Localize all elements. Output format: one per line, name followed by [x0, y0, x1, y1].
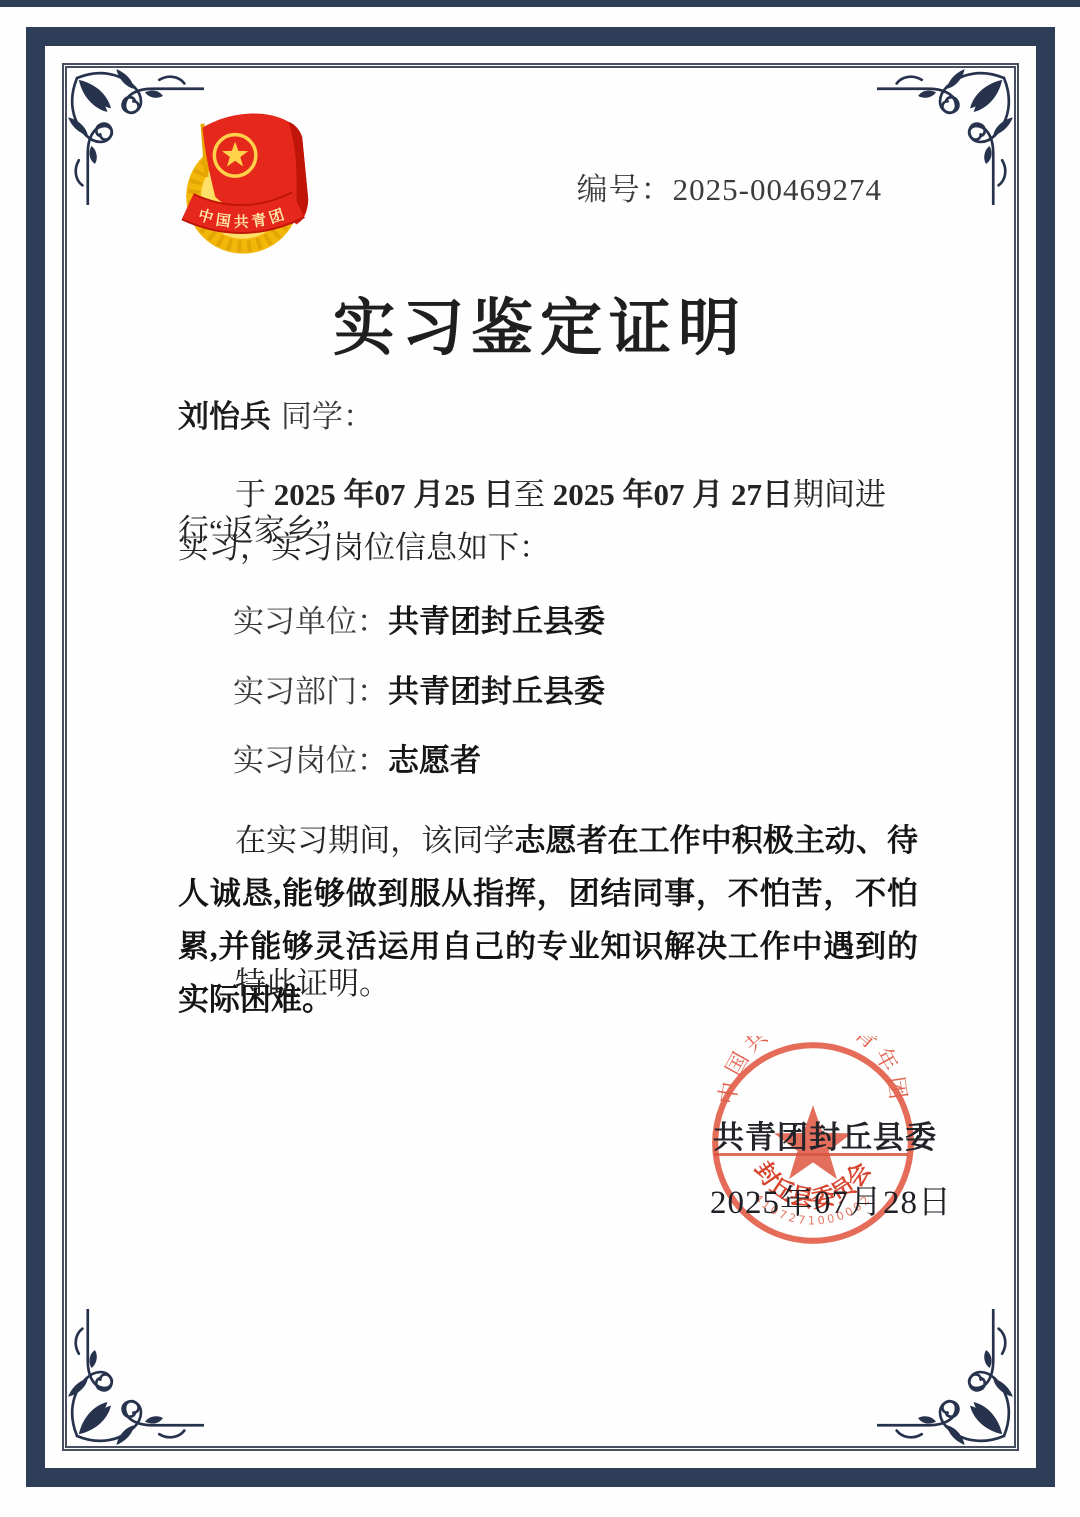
signature-organization: 共青团封丘县委: [713, 1112, 937, 1157]
recipient-name: 刘怡兵: [178, 399, 271, 434]
page-title: 实习鉴定证明: [0, 278, 1080, 367]
field-unit-value: 共青团封丘县委: [388, 604, 605, 639]
field-department-label: 实习部门：: [233, 674, 388, 709]
serial-number: 编号：2025-00469274: [577, 164, 882, 209]
corner-flourish-bottom-left: [52, 1309, 204, 1461]
intro-date-start: 2025 年07 月25 日: [274, 477, 514, 512]
field-position: 实习岗位：志愿者: [233, 743, 481, 779]
field-unit-label: 实习单位：: [233, 604, 388, 639]
field-position-value: 志愿者: [388, 743, 481, 778]
corner-flourish-top-right: [877, 53, 1029, 205]
corner-flourish-bottom-right: [877, 1309, 1029, 1461]
field-position-label: 实习岗位：: [233, 743, 388, 778]
youth-league-emblem-icon: 中国共青团: [156, 104, 328, 262]
recipient-suffix: 同学：: [281, 399, 374, 434]
intro-date-end: 2025 年07 月 27日: [553, 477, 793, 512]
signature-underline: [714, 1153, 908, 1156]
intro-line-2: 实习，实习岗位信息如下：: [178, 530, 550, 566]
field-department-value: 共青团封丘县委: [388, 674, 605, 709]
intro-prefix: 于: [235, 477, 274, 512]
field-department: 实习部门：共青团封丘县委: [233, 674, 605, 710]
field-unit: 实习单位：共青团封丘县委: [233, 604, 605, 640]
closing-statement: 特此证明。: [235, 966, 390, 1002]
certificate-page: 中国共青团 编号：2025-00469274 实习鉴定证明 刘怡兵同学： 于 2…: [0, 0, 1080, 1517]
recipient-line: 刘怡兵同学：: [178, 399, 374, 435]
signature-date: 2025年07月28日: [710, 1176, 952, 1223]
intro-mid: 至: [514, 477, 553, 512]
evaluation-prefix: 在实习期间，该同学: [235, 823, 514, 858]
photo-top-edge: [0, 0, 1080, 7]
